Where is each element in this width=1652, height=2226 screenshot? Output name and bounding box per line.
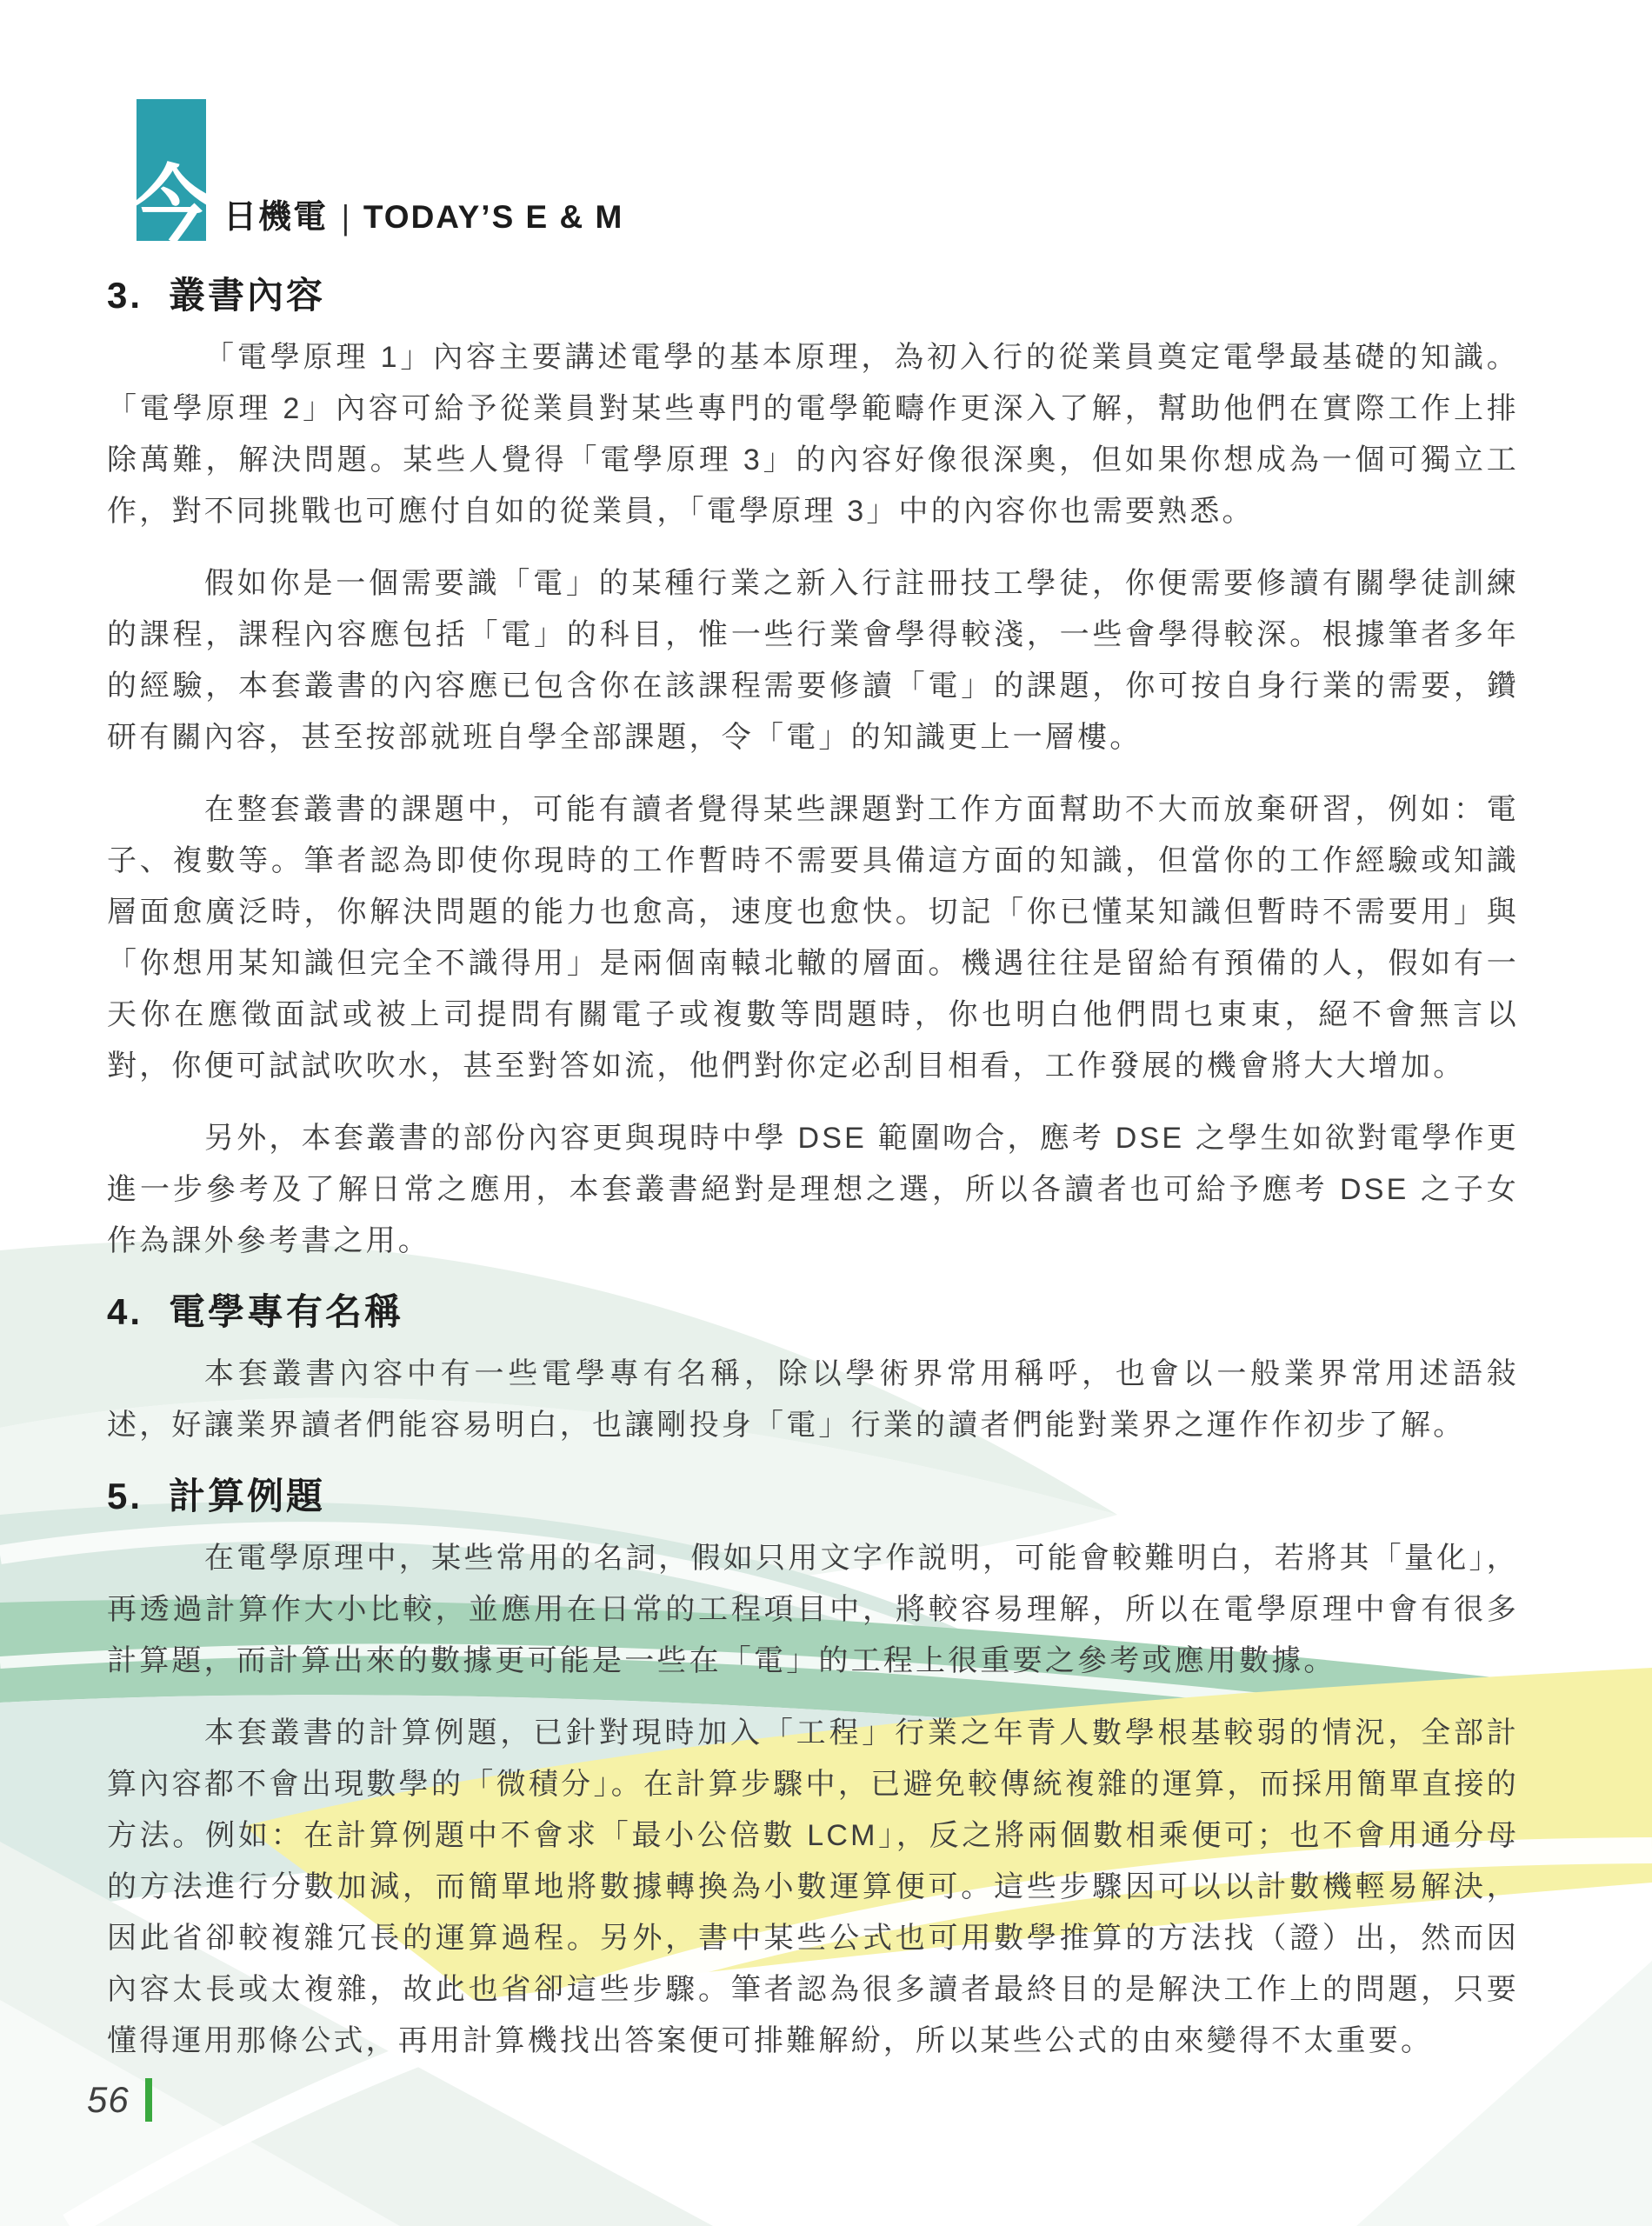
masthead: 今 日機電 | TODAY’S E & M xyxy=(137,99,623,241)
masthead-title-latin: TODAY’S E & M xyxy=(363,199,623,236)
section-title: 電學專有名稱 xyxy=(169,1293,403,1331)
section-number: 4. xyxy=(107,1293,143,1331)
section-number: 3. xyxy=(107,277,143,315)
section-title: 叢書內容 xyxy=(169,277,325,315)
masthead-title-cjk: 日機電 xyxy=(223,190,328,237)
paragraph: 在電學原理中，某些常用的名詞，假如只用文字作説明，可能會較難明白，若將其「量化」… xyxy=(107,1533,1519,1687)
section-title: 計算例題 xyxy=(169,1477,325,1516)
paragraph: 假如你是一個需要識「電」的某種行業之新入行註冊技工學徒，你便需要修讀有關學徒訓練… xyxy=(107,558,1519,763)
page-number: 56 xyxy=(87,2079,130,2121)
paragraph: 「電學原理 1」內容主要講述電學的基本原理，為初入行的從業員奠定電學最基礎的知識… xyxy=(107,332,1519,537)
section-heading-4: 4. 電學專有名稱 xyxy=(107,1293,1519,1331)
magazine-logo: 今 xyxy=(137,99,206,241)
section-heading-5: 5. 計算例題 xyxy=(107,1477,1519,1516)
paragraph: 本套叢書內容中有一些電學專有名稱，除以學術界常用稱呼，也會以一般業界常用述語敍述… xyxy=(107,1349,1519,1451)
masthead-title: 日機電 | TODAY’S E & M xyxy=(223,190,623,237)
magazine-page: 今 日機電 | TODAY’S E & M 3. 叢書內容 「電學原理 1」內容… xyxy=(0,0,1652,2226)
paragraph: 另外，本套叢書的部份內容更與現時中學 DSE 範圍吻合，應考 DSE 之學生如欲… xyxy=(107,1113,1519,1267)
paragraph: 在整套叢書的課題中，可能有讀者覺得某些課題對工作方面幫助不大而放棄研習，例如：電… xyxy=(107,784,1519,1092)
section-number: 5. xyxy=(107,1477,143,1516)
section-heading-3: 3. 叢書內容 xyxy=(107,277,1519,315)
masthead-separator: | xyxy=(342,199,350,238)
article-content: 3. 叢書內容 「電學原理 1」內容主要講述電學的基本原理，為初入行的從業員奠定… xyxy=(107,277,1519,2088)
logo-character: 今 xyxy=(130,164,213,248)
paragraph: 本套叢書的計算例題，已針對現時加入「工程」行業之年青人數學根基較弱的情況，全部計… xyxy=(107,1708,1519,2067)
page-footer: 56 xyxy=(87,2078,152,2122)
page-number-bar xyxy=(145,2078,152,2122)
